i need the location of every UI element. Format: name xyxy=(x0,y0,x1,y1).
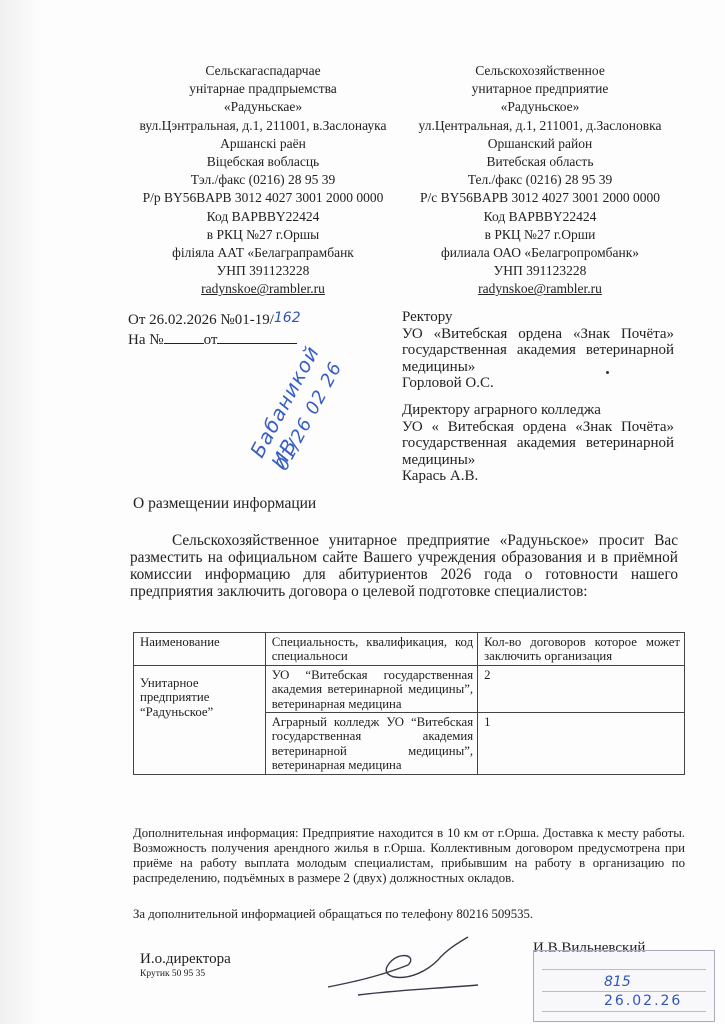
addressee-rector: Ректору УО «Витебская ордена «Знак Почёт… xyxy=(402,309,674,392)
table-row: Унитарное предприятие “Радуньское” УО “В… xyxy=(134,665,685,712)
email-link[interactable]: radynskoe@rambler.ru xyxy=(118,280,408,298)
table-header-cell: Специальность, квалификация, код специал… xyxy=(265,633,477,666)
letterhead-line: УНП 391123228 xyxy=(118,262,408,280)
outgoing-reference: От 26.02.2026 №01-19/162 xyxy=(128,312,301,329)
letterhead-line: Оршанский район xyxy=(395,135,685,153)
letterhead-line: ул.Центральная, д.1, 211001, д.Заслоновк… xyxy=(395,117,685,135)
handwritten-resolution: Бабаникой ИВ 01/26 02 26 xyxy=(227,328,377,496)
incoming-number-label: На № xyxy=(128,332,164,348)
letterhead-line: Витебская область xyxy=(395,153,685,171)
letterhead-line: УНП 391123228 xyxy=(395,262,685,280)
letterhead-belarusian: Сельскагаспадарчае унітарнае прадпрыемст… xyxy=(118,62,408,299)
letterhead-line: унитарное предприятие xyxy=(395,80,685,98)
letterhead-line: Код BAPBBY22424 xyxy=(118,208,408,226)
addressee-title: Ректору xyxy=(402,309,674,326)
incoming-reference: На №от xyxy=(128,330,297,349)
stamp-divider xyxy=(542,1011,706,1012)
addressee-name: Карась А.В. xyxy=(402,468,674,485)
table-header-row: Наименование Специальность, квалификация… xyxy=(134,633,685,666)
letterhead-line: вул.Цэнтральная, д.1, 211001, в.Заслонау… xyxy=(118,117,408,135)
additional-information: Дополнительная информация: Предприятие н… xyxy=(133,826,685,886)
stamp-date: 26.02.26 xyxy=(604,993,682,1009)
letterhead-line: Віцебская вобласць xyxy=(118,153,408,171)
stamp-number: 815 xyxy=(604,974,631,990)
letterhead-russian: Сельскохозяйственное унитарное предприят… xyxy=(395,62,685,299)
handwritten-reference-number: 162 xyxy=(274,310,301,326)
addressee-organization: УО «Витебская ордена «Знак Почёта» госуд… xyxy=(402,326,674,376)
count-cell: 2 xyxy=(478,665,685,712)
specialty-cell: УО “Витебская государственная академия в… xyxy=(265,665,477,712)
specialists-table: Наименование Специальность, квалификация… xyxy=(133,632,685,775)
reference-prefix: От 26.02.2026 №01-19/ xyxy=(128,312,274,328)
organization-cell: Унитарное предприятие “Радуньское” xyxy=(134,665,266,774)
signature-scribble-icon xyxy=(318,925,493,1005)
letterhead-line: «Радуньскае» xyxy=(118,98,408,116)
letterhead-line: унітарнае прадпрыемства xyxy=(118,80,408,98)
letterhead-line: філіяла ААТ «Белаграпрамбанк xyxy=(118,244,408,262)
letterhead-line: Код BAPBBY22424 xyxy=(395,208,685,226)
addressee-college-director: Директору аграрного колледжа УО « Витебс… xyxy=(402,402,674,485)
letterhead-line: Сельскохозяйственное xyxy=(395,62,685,80)
email-link[interactable]: radynskoe@rambler.ru xyxy=(395,280,685,298)
addressee-organization: УО « Витебская ордена «Знак Почёта» госу… xyxy=(402,419,674,469)
registration-stamp: ​ 815 26.02.26 xyxy=(533,950,715,1022)
addressee-name: Горловой О.С. xyxy=(402,375,674,392)
signatory-title: И.о.директора xyxy=(140,951,231,968)
executor-note: Крутик 50 95 35 xyxy=(140,969,205,979)
letter-page: Сельскагаспадарчае унітарнае прадпрыемст… xyxy=(0,0,725,1024)
table-header-cell: Наименование xyxy=(134,633,266,666)
letterhead-line: в РКЦ №27 г.Оршы xyxy=(118,226,408,244)
letterhead-line: в РКЦ №27 г.Орши xyxy=(395,226,685,244)
specialty-cell: Аграрный колледж УО “Витебская государст… xyxy=(265,713,477,775)
letter-body: Сельскохозяйственное унитарное предприят… xyxy=(130,532,678,600)
blank-field xyxy=(164,330,204,344)
letterhead-line: Сельскагаспадарчае xyxy=(118,62,408,80)
scan-dot xyxy=(606,371,609,374)
table-header-cell: Кол-во договоров которое может заключить… xyxy=(478,633,685,666)
letter-subject: О размещении информации xyxy=(133,495,316,513)
letterhead-line: Тэл./факс (0216) 28 95 39 xyxy=(118,171,408,189)
letterhead-line: Тел./факс (0216) 28 95 39 xyxy=(395,171,685,189)
letterhead-line: филиала ОАО «Белагропромбанк» xyxy=(395,244,685,262)
letterhead-line: Р/р BY56BAPB 3012 4027 3001 2000 0000 xyxy=(118,189,408,207)
count-cell: 1 xyxy=(478,713,685,775)
letterhead-line: «Радуньское» xyxy=(395,98,685,116)
incoming-date-label: от xyxy=(204,332,218,348)
scan-shadow xyxy=(0,0,40,1024)
letterhead-line: Р/с BY56BAPB 3012 4027 3001 2000 0000 xyxy=(395,189,685,207)
letterhead-line: Аршанскі раён xyxy=(118,135,408,153)
stamp-divider xyxy=(542,969,706,970)
stamp-divider xyxy=(542,991,706,992)
addressee-title: Директору аграрного колледжа xyxy=(402,402,674,419)
contact-information: За дополнительной информацией обращаться… xyxy=(133,907,533,922)
